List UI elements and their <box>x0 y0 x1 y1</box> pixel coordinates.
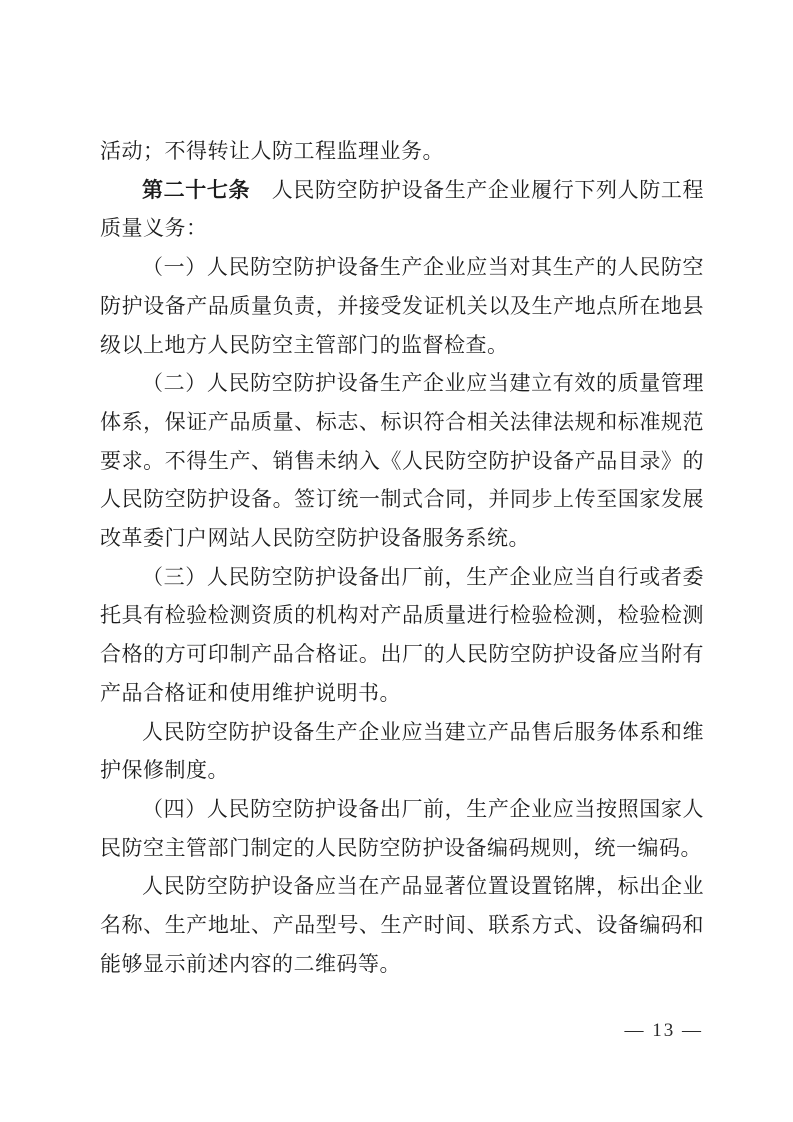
document-body: 活动；不得转让人防工程监理业务。 第二十七条 人民防空防护设备生产企业履行下列人… <box>100 132 704 983</box>
paragraph-item-3: （三）人民防空防护设备出厂前，生产企业应当自行或者委托具有检验检测资质的机构对产… <box>100 558 704 713</box>
paragraph-nameplate: 人民防空防护设备应当在产品显著位置设置铭牌，标出企业名称、生产地址、产品型号、生… <box>100 867 704 983</box>
paragraph-item-1: （一）人民防空防护设备生产企业应当对其生产的人民防空防护设备产品质量负责，并接受… <box>100 248 704 364</box>
paragraph-after-sales: 人民防空防护设备生产企业应当建立产品售后服务体系和维护保修制度。 <box>100 713 704 790</box>
paragraph-continuation: 活动；不得转让人防工程监理业务。 <box>100 132 704 171</box>
paragraph-article-27: 第二十七条 人民防空防护设备生产企业履行下列人防工程质量义务： <box>100 171 704 248</box>
paragraph-item-4: （四）人民防空防护设备出厂前，生产企业应当按照国家人民防空主管部门制定的人民防空… <box>100 790 704 867</box>
paragraph-item-2: （二）人民防空防护设备生产企业应当建立有效的质量管理体系，保证产品质量、标志、标… <box>100 364 704 558</box>
page-number: — 13 — <box>625 1020 704 1042</box>
document-page: 活动；不得转让人防工程监理业务。 第二十七条 人民防空防护设备生产企业履行下列人… <box>0 0 793 1122</box>
article-number: 第二十七条 <box>142 178 250 202</box>
